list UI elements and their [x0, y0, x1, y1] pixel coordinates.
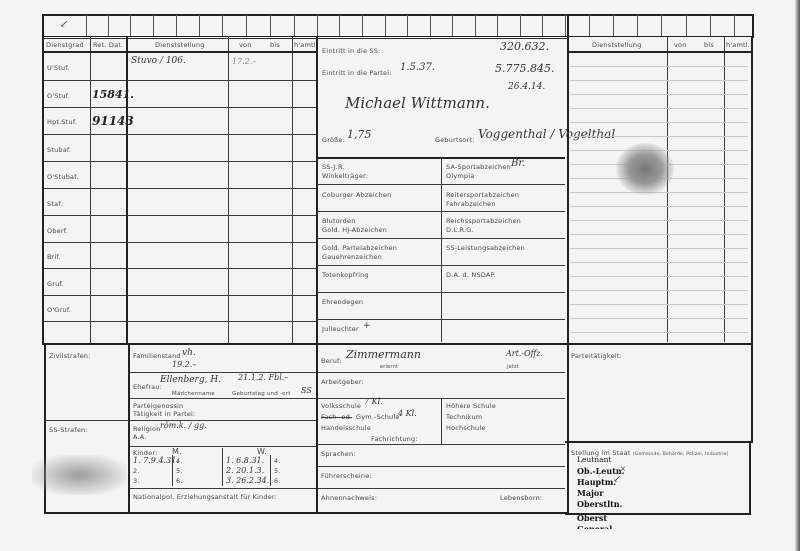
wife-birth-sublabel: Geburtstag und -ort	[232, 391, 291, 397]
faint-line	[570, 122, 748, 123]
faint-line	[570, 248, 748, 249]
party-member-label: Parteigenossin	[133, 402, 183, 410]
tab-cell	[362, 15, 386, 36]
header-acting: h'amtl.	[294, 41, 318, 49]
header-divider	[44, 51, 316, 53]
family-status-value: vh.	[182, 348, 196, 358]
family-line	[130, 398, 316, 399]
handwritten-position: Stuvo / 106.	[131, 56, 186, 66]
center-line	[318, 372, 565, 373]
tab-cell	[339, 15, 363, 36]
faint-line	[570, 262, 748, 263]
tab-cell	[475, 15, 498, 36]
family-line	[130, 446, 316, 447]
decoration-label: Gold. Parteiabzeichen	[322, 244, 397, 252]
entry-party-date: 1.5.37.	[400, 62, 435, 73]
rank-mark: ↙	[613, 474, 621, 485]
tab-cell	[613, 15, 638, 36]
faint-line	[570, 192, 748, 193]
faint-line	[570, 220, 748, 221]
decoration-label: SS-J.R.	[322, 163, 345, 171]
tab-cell	[637, 15, 662, 36]
col-divider	[316, 37, 318, 344]
decoration-label: Totenkopfring	[322, 271, 369, 279]
faint-line	[570, 332, 748, 333]
school-secondary-value: 4 Kl.	[398, 409, 417, 418]
family-line	[130, 420, 316, 421]
tab-cell	[407, 15, 431, 36]
faint-line	[570, 318, 748, 319]
decorations-divider	[441, 158, 442, 342]
right-header-from: von	[674, 41, 687, 49]
child-w-right: 4.	[274, 457, 281, 465]
row-line	[44, 268, 316, 269]
tab-cell	[565, 15, 590, 36]
family-line	[130, 488, 316, 489]
height-value: 1,75	[347, 128, 372, 141]
handwritten-ref: 91143	[92, 114, 134, 128]
tab-cell	[130, 15, 154, 36]
tab-cell	[385, 15, 408, 36]
religion-value: röm.k. / gg.	[160, 421, 207, 430]
decoration-label: Ehrendegen	[322, 298, 363, 306]
languages-label: Sprachen:	[321, 450, 356, 458]
tab-cell	[86, 15, 109, 36]
handwritten-ref: 15841.	[92, 88, 134, 101]
religion-label: Religion	[133, 425, 160, 433]
school-field-label: Fachrichtung:	[371, 435, 418, 443]
entry-ss-label: Eintritt in die SS:	[322, 47, 380, 55]
col-divider	[667, 37, 668, 342]
birthplace-value: Voggenthal / Vogelthal	[478, 127, 615, 141]
rank-label: O'Stuf.	[47, 92, 70, 100]
wife-name: Ellenberg, H.	[160, 375, 221, 385]
decoration-label: Winkelträger:	[322, 172, 368, 180]
wife-maiden-sublabel: Mädchenname	[172, 391, 215, 397]
decoration-line	[317, 292, 565, 293]
center-line	[318, 466, 565, 467]
col-divider	[724, 37, 725, 342]
row-line	[44, 134, 316, 135]
tab-cell	[497, 15, 521, 36]
state-position-sub: (Gemeinde, Behörde, Polizei, Industrie)	[633, 452, 729, 457]
decoration-line	[317, 265, 565, 266]
sport-badge-mark: Br.	[511, 158, 525, 169]
ink-smudge	[616, 143, 674, 195]
school-higher-label: Höhere Schule	[446, 402, 496, 410]
decoration-label: Fahrabzeichen	[446, 200, 496, 208]
tab-cell	[294, 15, 318, 36]
rank-leutnant: Leutnant	[577, 455, 611, 464]
decoration-line	[317, 211, 565, 212]
faint-line	[570, 66, 748, 67]
tab-cell	[176, 15, 200, 36]
entry-party-label: Eintritt in die Partei:	[322, 69, 392, 77]
tab-cell	[246, 15, 271, 36]
julleuchter-mark: +	[363, 321, 371, 331]
rank-label: O'Gruf.	[47, 306, 71, 314]
penalties-divider	[128, 344, 130, 512]
employer-label: Arbeitgeber:	[321, 378, 364, 386]
tab-cell	[589, 15, 614, 36]
decoration-label: Olympia	[446, 172, 474, 180]
tab-cell	[317, 15, 340, 36]
child-w-right: 5.	[274, 467, 281, 475]
header-divider	[567, 51, 751, 53]
children-w-label: W.	[257, 447, 267, 456]
header-position: Dienststellung	[155, 41, 205, 49]
tab-cell	[153, 15, 177, 36]
wife-label: Ehefrau:	[133, 383, 162, 391]
tab-cell	[108, 15, 131, 36]
penalties-line	[45, 420, 128, 421]
child-m: 1. 7.9.4.31.	[133, 456, 179, 465]
right-header-acting: h'amtl.	[726, 41, 750, 49]
decoration-line	[317, 238, 565, 239]
tab-cell	[710, 15, 735, 36]
wife-birth: 21.1.2. Fbl.–	[238, 373, 288, 382]
col-divider	[90, 37, 91, 344]
rank-label: O'Stubaf.	[47, 173, 79, 181]
child-w: 1. 6.8.31.	[226, 456, 264, 465]
faint-line	[570, 80, 748, 81]
decoration-label: Gauehrenzeichen	[322, 253, 382, 261]
napola-label: Nationalpol. Erziehungsanstalt für Kinde…	[133, 493, 277, 501]
licenses-label: Führerscheine:	[321, 472, 372, 480]
school-primary-label: Volksschule	[321, 402, 361, 410]
rank-major: Major	[577, 488, 603, 498]
row-line	[44, 215, 316, 216]
decoration-label: Gold. HJ-Abzeichen	[322, 226, 387, 234]
rank-hauptm: Hauptm.	[577, 477, 616, 487]
header-rank: Dienstgrad	[46, 41, 84, 49]
faint-line	[570, 108, 748, 109]
tab-cell	[270, 15, 295, 36]
header-from: von	[239, 41, 252, 49]
child-m: 3.	[133, 477, 140, 485]
decoration-label: Coburger Abzeichen	[322, 191, 391, 199]
col-divider	[126, 37, 128, 344]
tab-cell	[222, 15, 247, 36]
school-divider	[441, 399, 442, 444]
family-status-sub: 19.2.–	[172, 360, 196, 369]
party-activity-right-label: Parteitätigkeit:	[571, 352, 622, 360]
school-trade-label: Handelsschule	[321, 424, 371, 432]
rank-label: Oberf.	[47, 227, 68, 235]
lebensborn-label: Lebensborn:	[500, 494, 542, 502]
row-line	[44, 242, 316, 243]
tab-cell	[430, 15, 453, 36]
rank-label: U'Stuf.	[47, 64, 70, 72]
school-secondary-label: Gym.-Schule	[356, 413, 400, 421]
decoration-label: D.A. d. NSDAP.	[446, 271, 496, 279]
scan-edge	[795, 0, 800, 551]
party-number: 5.775.845.	[495, 62, 554, 75]
school-secondary-strike: Fach- od.	[321, 413, 352, 421]
header-ref: Ret. Dat.	[93, 41, 123, 49]
rank-label: Hpt.Stuf.	[47, 118, 77, 126]
decoration-label: SS-Leistungsabzeichen	[446, 244, 525, 252]
row-line	[44, 321, 316, 322]
decoration-label: Reichssportabzeichen	[446, 217, 521, 225]
tab-cell	[452, 15, 476, 36]
decoration-line	[317, 184, 565, 185]
civil-penalties-label: Zivilstrafen:	[49, 352, 91, 360]
profession-value: Zimmermann	[346, 348, 421, 361]
ss-penalties-label: SS-Strafen:	[49, 426, 88, 434]
profession-right-sub: jetzt	[507, 364, 519, 370]
row-line	[44, 295, 316, 296]
height-label: Größe:	[322, 136, 345, 144]
right-header-to: bis	[704, 41, 714, 49]
faint-line	[570, 234, 748, 235]
header-to: bis	[270, 41, 280, 49]
faint-line	[570, 94, 748, 95]
child-m-right: 4.	[176, 457, 183, 465]
children-m-label: M.	[172, 447, 182, 456]
faint-line	[570, 206, 748, 207]
child-w-right: 6.	[274, 477, 281, 485]
children-divider	[270, 455, 271, 486]
col-divider	[228, 37, 229, 344]
family-divider	[316, 344, 318, 512]
rank-general: General	[577, 524, 612, 529]
school-univ-label: Hochschule	[446, 424, 486, 432]
rank-oberstltn: Oberstltn.	[577, 499, 622, 509]
right-header-position: Dienststellung	[592, 41, 642, 49]
ancestry-label: Ahnennachweis:	[321, 494, 377, 502]
row-line	[44, 107, 316, 108]
school-tech-label: Technikum	[446, 413, 482, 421]
decoration-label: SA-Sportabzeichen	[446, 163, 511, 171]
child-m-right: 5.	[176, 467, 183, 475]
rank-mark: ×	[620, 465, 626, 473]
tab-cell	[734, 15, 751, 36]
row-line	[44, 161, 316, 162]
scan-stain	[32, 455, 127, 495]
decoration-label: D.L.R.G.	[446, 226, 474, 234]
child-w: 3. 26.2.34.	[226, 476, 269, 485]
row-line	[44, 188, 316, 189]
birth-date: 26.4.14.	[508, 82, 545, 92]
row-line	[44, 80, 316, 81]
center-line	[318, 488, 565, 489]
faint-line	[570, 276, 748, 277]
rank-label: Brif.	[47, 253, 61, 261]
col-divider	[292, 37, 293, 344]
handwritten-from: 17.2.–	[232, 57, 256, 66]
tab-cell	[520, 15, 543, 36]
rank-label: Gruf.	[47, 280, 64, 288]
tab-cell	[661, 15, 687, 36]
profession-label: Beruf:	[321, 357, 342, 365]
decoration-label: Julleuchter	[322, 325, 359, 333]
tab-cell	[542, 15, 566, 36]
person-name: Michael Wittmann.	[345, 94, 490, 112]
rank-label: Stubaf.	[47, 146, 71, 154]
child-m-right: 6.	[176, 477, 183, 485]
birthplace-label: Geburtsort:	[435, 136, 474, 144]
school-primary-value: 7 Kl.	[364, 397, 383, 406]
wife-mark: SS	[301, 386, 312, 395]
children-divider	[222, 448, 223, 486]
faint-line	[570, 136, 748, 137]
profession-right-value: Art.-Offz.	[506, 349, 543, 358]
tab-cell	[199, 15, 223, 36]
party-activity-label: Tätigkeit in Partei:	[133, 410, 195, 418]
rank-label: Staf.	[47, 200, 63, 208]
profession-sub: erlernt	[380, 364, 398, 370]
decoration-label: Blutorden	[322, 217, 356, 225]
family-status-label: Familienstand	[133, 352, 181, 360]
entry-ss-number: 320.632.	[500, 40, 549, 53]
rank-oberst: Oberst	[577, 513, 607, 523]
decoration-label: Reitersportabzeichen	[446, 191, 519, 199]
faint-line	[570, 290, 748, 291]
child-w: 2. 20.1.3.	[226, 466, 264, 475]
child-m: 2.	[133, 467, 140, 475]
religion-sub: A.A.	[133, 433, 147, 441]
faint-line	[570, 304, 748, 305]
tab-mark: ↙	[60, 19, 68, 30]
center-line	[318, 444, 565, 445]
decoration-line	[317, 319, 565, 320]
tab-cell	[686, 15, 711, 36]
